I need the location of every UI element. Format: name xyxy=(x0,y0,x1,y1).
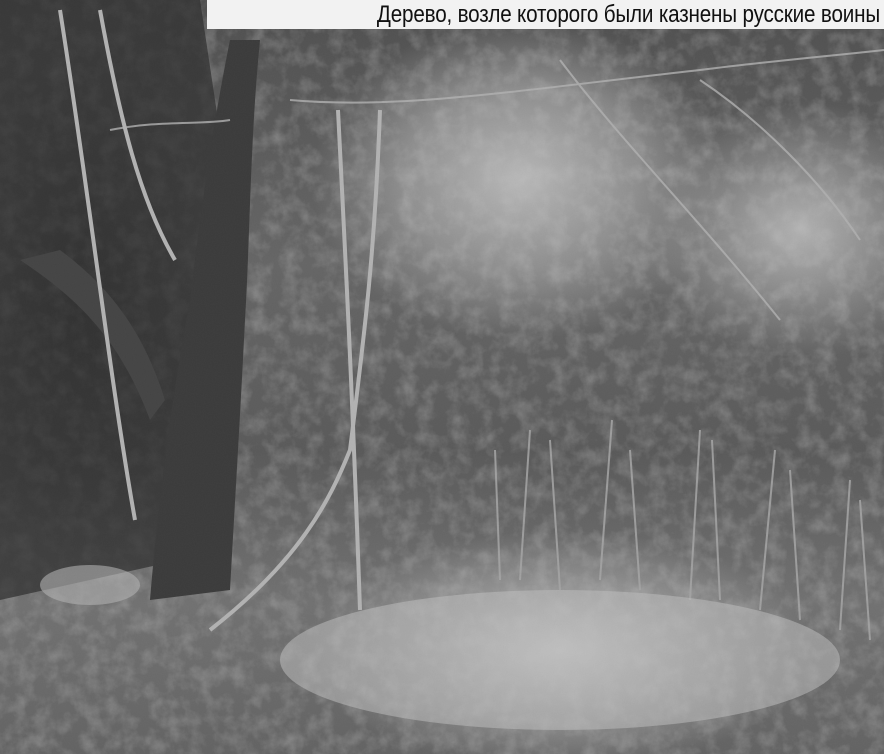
photo-illustration xyxy=(0,0,884,754)
caption-strip: Дерево, возле которого были казнены русс… xyxy=(207,0,884,29)
film-grain xyxy=(0,0,884,754)
photo-caption: Дерево, возле которого были казнены русс… xyxy=(377,1,880,29)
forest-photograph xyxy=(0,0,884,754)
